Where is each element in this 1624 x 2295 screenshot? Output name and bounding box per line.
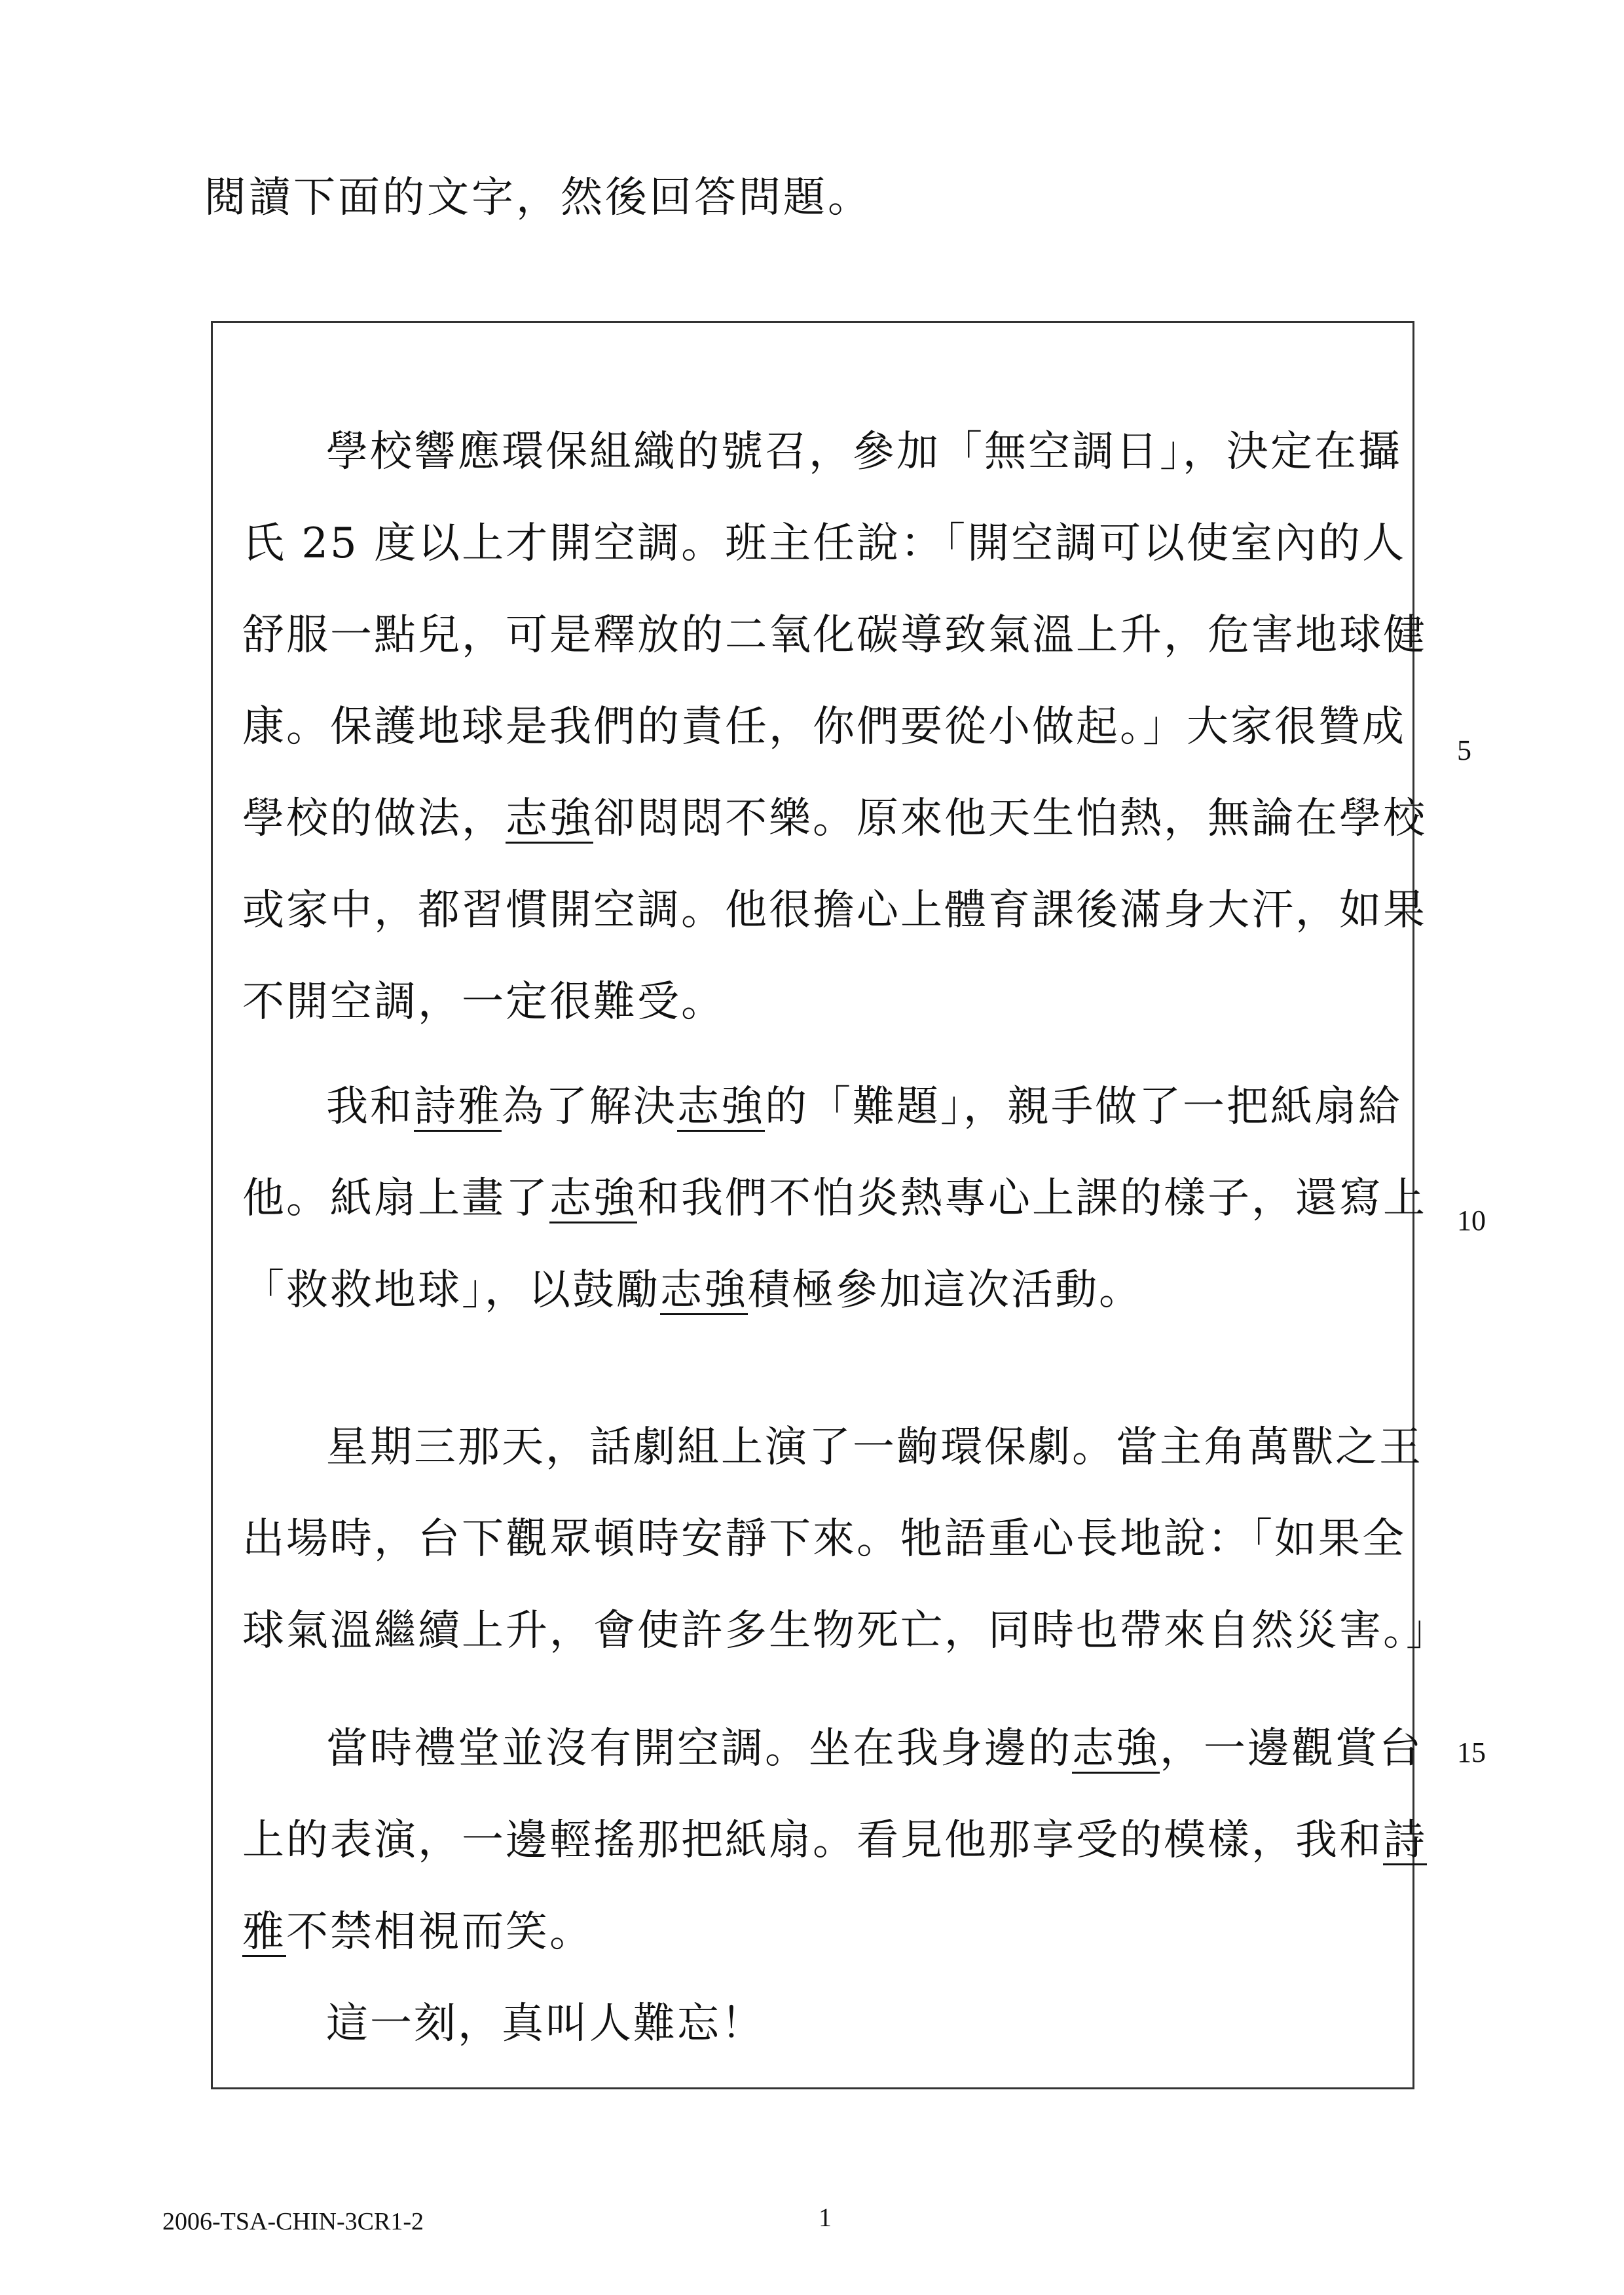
text-line: 出場時，台下觀眾頓時安靜下來。牠語重心長地說：「如果全 (242, 1493, 1408, 1585)
text-line: 康。保護地球是我們的責任，你們要從小做起。」大家很贊成 (242, 681, 1408, 773)
proper-name: 志強 (549, 1174, 637, 1223)
text-line: 氏 25 度以上才開空調。班主任說：「開空調可以使室內的人 (242, 498, 1408, 589)
text-segment: 不禁相視而笑。 (286, 1908, 593, 1956)
text-line: 學校的做法，志強卻悶悶不樂。原來他天生怕熱，無論在學校 (242, 773, 1408, 865)
instruction-text: 閱讀下面的文字，然後回答問題。 (204, 172, 872, 224)
paragraph: 我和詩雅為了解決志強的「難題」，親手做了一把紙扇給他。紙扇上畫了志強和我們不怕炎… (242, 1061, 1408, 1336)
text-segment: 他。紙扇上畫了 (242, 1174, 549, 1223)
text-segment: 出場時，台下觀眾頓時安靜下來。牠語重心長地說：「如果全 (242, 1515, 1406, 1563)
text-segment: 不開空調，一定很難受。 (242, 978, 725, 1026)
text-segment: 我和 (326, 1083, 414, 1131)
text-segment: 學校響應環保組織的號召，參加「無空調日」，決定在攝 (326, 428, 1402, 476)
paragraph: 當時禮堂並沒有開空調。坐在我身邊的志強，一邊觀賞台上的表演，一邊輕搖那把紙扇。看… (242, 1703, 1408, 1978)
text-segment: 或家中，都習慣開空調。他很擔心上體育課後滿身大汗，如果 (242, 886, 1427, 935)
proper-name: 志強 (1072, 1725, 1160, 1773)
text-segment: 星期三那天，話劇組上演了一齣環保劇。當主角萬獸之王 (326, 1423, 1423, 1472)
text-line: 雅不禁相視而笑。 (242, 1886, 1408, 1978)
text-line: 或家中，都習慣開空調。他很擔心上體育課後滿身大汗，如果 (242, 865, 1408, 956)
text-line: 星期三那天，話劇組上演了一齣環保劇。當主角萬獸之王 (242, 1402, 1408, 1493)
text-line: 上的表演，一邊輕搖那把紙扇。看見他那享受的模樣，我和詩 (242, 1795, 1408, 1886)
text-line: 我和詩雅為了解決志強的「難題」，親手做了一把紙扇給 (242, 1061, 1408, 1153)
text-segment: 學校的做法， (242, 794, 506, 843)
paragraph: 學校響應環保組織的號召，參加「無空調日」，決定在攝氏 25 度以上才開空調。班主… (242, 406, 1408, 1048)
text-segment: 和我們不怕炎熱專心上課的樣子，還寫上 (637, 1174, 1427, 1223)
paper-code: 2006-TSA-CHIN-3CR1-2 (162, 2207, 424, 2236)
line-number: 5 (1457, 734, 1471, 767)
text-line: 球氣溫繼續上升，會使許多生物死亡，同時也帶來自然災害。」 (242, 1585, 1408, 1677)
page-number: 1 (819, 2202, 832, 2233)
text-line: 學校響應環保組織的號召，參加「無空調日」，決定在攝 (242, 406, 1408, 498)
line-number: 15 (1457, 1736, 1486, 1769)
proper-name: 志強 (660, 1266, 748, 1315)
text-segment: 卻悶悶不樂。原來他天生怕熱，無論在學校 (593, 794, 1427, 843)
paragraph: 星期三那天，話劇組上演了一齣環保劇。當主角萬獸之王出場時，台下觀眾頓時安靜下來。… (242, 1402, 1408, 1677)
text-line: 他。紙扇上畫了志強和我們不怕炎熱專心上課的樣子，還寫上 (242, 1153, 1408, 1244)
text-segment: 積極參加這次活動。 (748, 1266, 1143, 1315)
paragraph: 這一刻，真叫人難忘！ (242, 1978, 1408, 2070)
text-segment: ，一邊觀賞台 (1160, 1725, 1423, 1773)
proper-name: 志強 (506, 794, 593, 843)
proper-name: 詩雅 (414, 1083, 502, 1131)
text-segment: 上的表演，一邊輕搖那把紙扇。看見他那享受的模樣，我和 (242, 1816, 1383, 1865)
text-segment: 當時禮堂並沒有開空調。坐在我身邊的 (326, 1725, 1072, 1773)
text-segment: 「救救地球」，以鼓勵 (242, 1266, 660, 1315)
text-line: 「救救地球」，以鼓勵志強積極參加這次活動。 (242, 1244, 1408, 1336)
line-number: 10 (1457, 1204, 1486, 1237)
proper-name: 志強 (677, 1083, 765, 1131)
text-line: 舒服一點兒，可是釋放的二氧化碳導致氣溫上升，危害地球健 (242, 589, 1408, 681)
proper-name: 雅 (242, 1908, 286, 1956)
proper-name: 詩 (1383, 1816, 1427, 1865)
text-line: 這一刻，真叫人難忘！ (242, 1978, 1408, 2070)
text-segment: 的「難題」，親手做了一把紙扇給 (765, 1083, 1402, 1131)
text-segment: 康。保護地球是我們的責任，你們要從小做起。」大家很贊成 (242, 703, 1406, 751)
text-segment: 舒服一點兒，可是釋放的二氧化碳導致氣溫上升，危害地球健 (242, 611, 1427, 660)
text-segment: 氏 25 度以上才開空調。班主任說：「開空調可以使室內的人 (242, 519, 1406, 568)
text-line: 當時禮堂並沒有開空調。坐在我身邊的志強，一邊觀賞台 (242, 1703, 1408, 1795)
text-line: 不開空調，一定很難受。 (242, 956, 1408, 1048)
text-segment: 球氣溫繼續上升，會使許多生物死亡，同時也帶來自然災害。」 (242, 1607, 1450, 1655)
text-segment: 這一刻，真叫人難忘！ (326, 2000, 765, 2048)
text-segment: 為了解決 (502, 1083, 677, 1131)
